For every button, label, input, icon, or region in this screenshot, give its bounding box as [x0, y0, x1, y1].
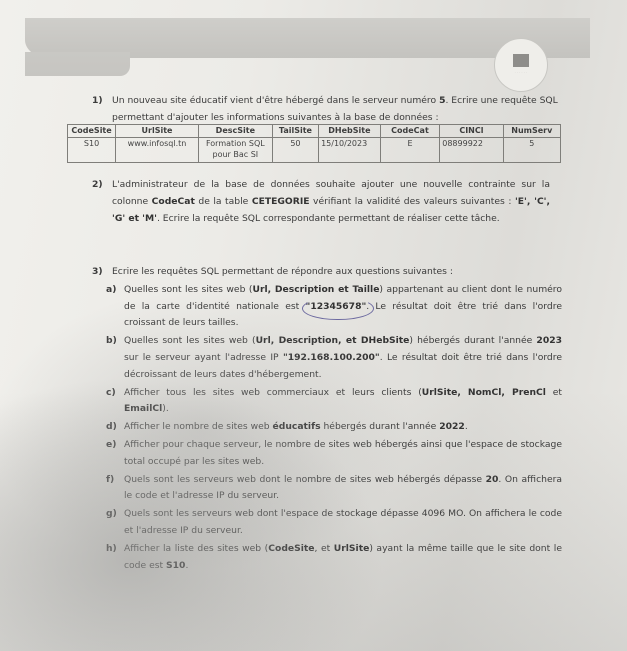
question-1: 1) Un nouveau site éducatif vient d'être… [92, 93, 562, 126]
question-text-part: . Ecrire la requête SQL correspondante p… [157, 213, 500, 224]
text-part: 20 [486, 474, 499, 485]
text-part: . [465, 421, 468, 432]
sub-question-text: Quels sont les serveurs web dont le nomb… [124, 472, 562, 506]
table-name: CETEGORIE [252, 196, 310, 207]
text-part: Url, Description, et DHebSite [256, 335, 410, 346]
text-part: ). [162, 403, 169, 414]
text-part: CodeSite [268, 543, 314, 554]
table-cell: S10 [68, 138, 116, 163]
sub-question-text: Afficher la liste des sites web (CodeSit… [124, 541, 562, 575]
question-text-part: de la table [195, 196, 252, 207]
sub-question-text: Afficher tous les sites web commerciaux … [124, 385, 562, 419]
sub-question-letter: f) [106, 472, 114, 489]
logo-caption: · · · · · · [515, 70, 528, 74]
text-part: Url, Description et Taille [252, 284, 379, 295]
table-cell: 5 [503, 138, 560, 163]
text-part: 2023 [536, 335, 562, 346]
sub-question-text: Quelles sont les sites web (Url, Descrip… [124, 282, 562, 332]
text-part: et [546, 387, 562, 398]
question-text-part: Un nouveau site éducatif vient d'être hé… [112, 95, 439, 106]
column-header: CodeCat [380, 125, 440, 138]
column-header: NumServ [503, 125, 560, 138]
sub-question-text: Quelles sont les sites web (Url, Descrip… [124, 333, 562, 383]
text-part: , et [315, 543, 334, 554]
table-row: S10www.infosql.tnFormation SQL pour Bac … [68, 138, 561, 163]
sub-question: b)Quelles sont les sites web (Url, Descr… [92, 333, 562, 383]
question-3: 3) Ecrire les requêtes SQL permettant de… [92, 264, 562, 574]
sub-question-letter: h) [106, 541, 117, 558]
sub-question-letter: a) [106, 282, 116, 299]
question-text: L'administrateur de la base de données s… [92, 177, 550, 227]
text-part: . [185, 560, 188, 571]
sub-question: f)Quels sont les serveurs web dont le no… [92, 472, 562, 506]
text-part: Afficher le nombre de sites web [124, 421, 273, 432]
table-cell: 08899922 [440, 138, 503, 163]
table-cell: 50 [272, 138, 318, 163]
sub-question: d)Afficher le nombre de sites web éducat… [92, 419, 562, 436]
table-cell: 15/10/2023 [319, 138, 381, 163]
table-header-row: CodeSiteUrlSiteDescSiteTailSiteDHebSiteC… [68, 125, 561, 138]
insert-values-table: CodeSiteUrlSiteDescSiteTailSiteDHebSiteC… [67, 124, 561, 163]
sub-question-letter: e) [106, 437, 116, 454]
text-part: Quels sont les serveurs web dont l'espac… [124, 508, 562, 536]
sub-question: e)Afficher pour chaque serveur, le nombr… [92, 437, 562, 471]
sub-question: c)Afficher tous les sites web commerciau… [92, 385, 562, 419]
logo-mark [513, 54, 529, 67]
column-header: CodeSite [68, 125, 116, 138]
sub-question-letter: d) [106, 419, 117, 436]
text-part: 2022 [439, 421, 465, 432]
sub-question-letter: c) [106, 385, 116, 402]
question-number: 1) [92, 93, 103, 110]
sub-question-list: a)Quelles sont les sites web (Url, Descr… [92, 282, 562, 575]
text-part: UrlSite [334, 543, 370, 554]
table-body: S10www.infosql.tnFormation SQL pour Bac … [68, 138, 561, 163]
text-part: hébergés durant l'année [321, 421, 440, 432]
school-logo-icon: · · · · · · [494, 38, 548, 92]
text-part: ) hébergés durant l'année [409, 335, 536, 346]
text-part: sur le serveur ayant l'adresse IP [124, 352, 283, 363]
sub-question: h)Afficher la liste des sites web (CodeS… [92, 541, 562, 575]
text-part: EmailCl [124, 403, 162, 414]
sub-question-text: Afficher pour chaque serveur, le nombre … [124, 437, 562, 471]
question-number: 2) [92, 177, 103, 194]
text-part: Afficher la liste des sites web ( [124, 543, 268, 554]
sub-question-text: Quels sont les serveurs web dont l'espac… [124, 506, 562, 540]
text-part: Quels sont les serveurs web dont le nomb… [124, 474, 486, 485]
sub-question-letter: b) [106, 333, 117, 350]
header-banner-tab [25, 52, 130, 76]
sub-question-letter: g) [106, 506, 117, 523]
column-name: CodeCat [152, 196, 195, 207]
sub-question: a)Quelles sont les sites web (Url, Descr… [92, 282, 562, 332]
column-header: CINCl [440, 125, 503, 138]
table-cell: Formation SQL pour Bac SI [198, 138, 272, 163]
table-cell: E [380, 138, 440, 163]
question-text-part: vérifiant la validité des valeurs suivan… [310, 196, 515, 207]
text-part: S10 [166, 560, 185, 571]
table-cell: www.infosql.tn [116, 138, 199, 163]
column-header: TailSite [272, 125, 318, 138]
sub-question-text: Afficher le nombre de sites web éducatif… [124, 419, 562, 436]
column-header: DescSite [198, 125, 272, 138]
text-part: UrlSite, NomCl, PrenCl [422, 387, 546, 398]
text-part: "192.168.100.200" [283, 352, 380, 363]
column-header: UrlSite [116, 125, 199, 138]
question-intro: Ecrire les requêtes SQL permettant de ré… [92, 264, 562, 281]
question-2: 2) L'administrateur de la base de donnée… [92, 177, 550, 227]
text-part: Afficher tous les sites web commerciaux … [124, 387, 422, 398]
text-part: éducatifs [273, 421, 321, 432]
sub-question: g)Quels sont les serveurs web dont l'esp… [92, 506, 562, 540]
text-part: Quelles sont les sites web ( [124, 284, 252, 295]
column-header: DHebSite [319, 125, 381, 138]
question-text: Un nouveau site éducatif vient d'être hé… [92, 93, 562, 126]
circled-value: "12345678" [306, 299, 367, 316]
text-part: Quelles sont les sites web ( [124, 335, 256, 346]
question-number: 3) [92, 264, 103, 281]
text-part: Afficher pour chaque serveur, le nombre … [124, 439, 562, 467]
